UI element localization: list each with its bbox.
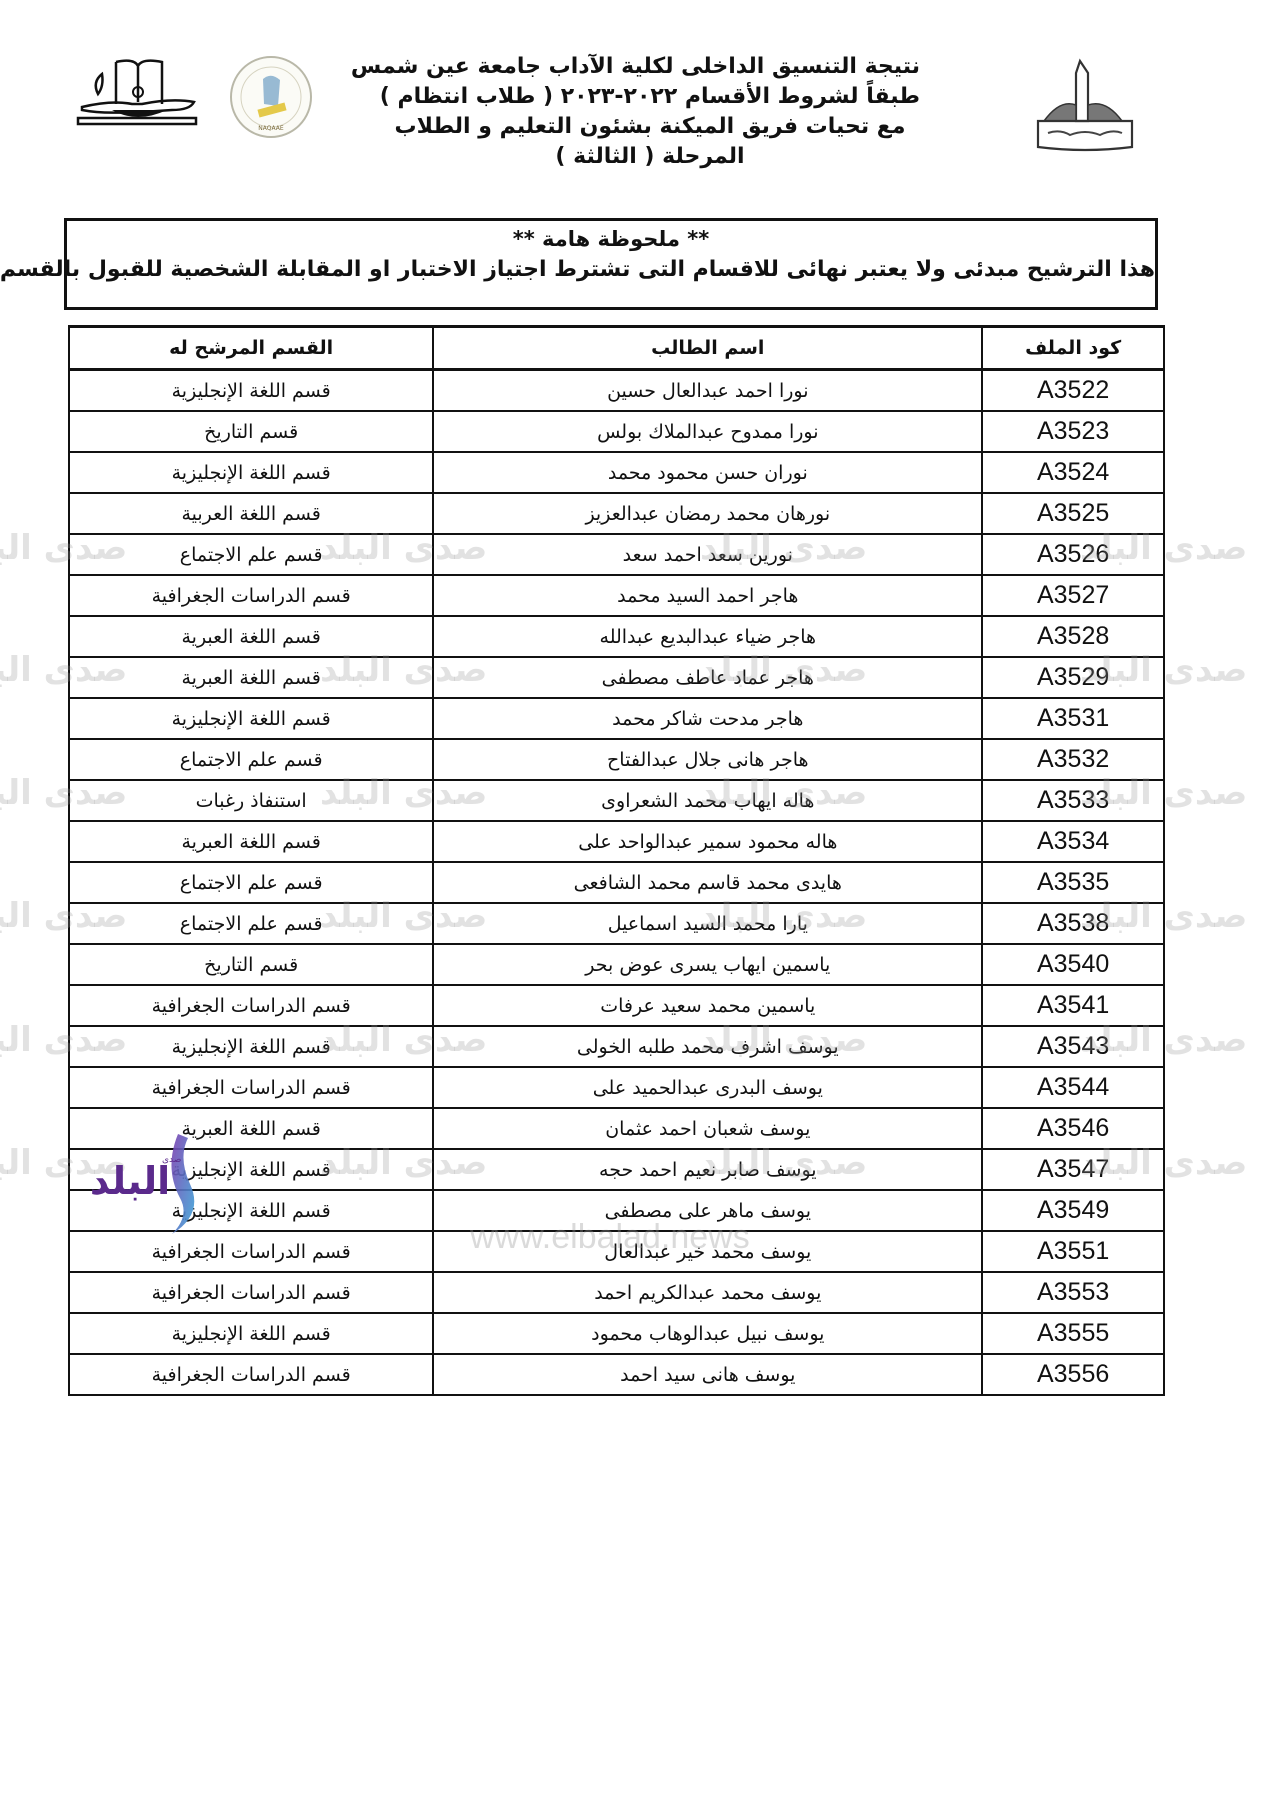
file-code-cell: A3528 (982, 616, 1164, 657)
file-code-cell: A3527 (982, 575, 1164, 616)
file-code-cell: A3525 (982, 493, 1164, 534)
file-code-cell: A3543 (982, 1026, 1164, 1067)
department-cell: قسم علم الاجتماع (69, 739, 433, 780)
brand-small-text: صدى (162, 1155, 181, 1165)
table-row: A3532هاجر هانى جلال عبدالفتاحقسم علم الا… (69, 739, 1164, 780)
results-table: كود الملف اسم الطالب القسم المرشح له A35… (68, 325, 1165, 1396)
file-code-cell: A3532 (982, 739, 1164, 780)
file-code-cell: A3523 (982, 411, 1164, 452)
department-cell: قسم علم الاجتماع (69, 903, 433, 944)
department-cell: قسم اللغة العبرية (69, 657, 433, 698)
document-title: نتيجة التنسيق الداخلى لكلية الآداب جامعة… (380, 52, 920, 172)
student-name-cell: يوسف البدرى عبدالحميد على (433, 1067, 982, 1108)
title-line-1: نتيجة التنسيق الداخلى لكلية الآداب جامعة… (380, 52, 920, 82)
department-cell: قسم اللغة الإنجليزية (69, 1313, 433, 1354)
student-name-cell: هاله ايهاب محمد الشعراوى (433, 780, 982, 821)
table-row: A3547يوسف صابر نعيم احمد حجهقسم اللغة ال… (69, 1149, 1164, 1190)
department-cell: قسم اللغة الإنجليزية (69, 370, 433, 412)
department-cell: قسم الدراسات الجغرافية (69, 1067, 433, 1108)
table-row: A3531هاجر مدحت شاكر محمدقسم اللغة الإنجل… (69, 698, 1164, 739)
department-cell: قسم علم الاجتماع (69, 534, 433, 575)
student-name-cell: ياسمين محمد سعيد عرفات (433, 985, 982, 1026)
table-row: A3528هاجر ضياء عبدالبديع عبداللهقسم اللغ… (69, 616, 1164, 657)
quality-unit-seal-logo: NAQAAE (228, 54, 314, 140)
student-name-cell: يوسف صابر نعيم احمد حجه (433, 1149, 982, 1190)
file-code-cell: A3526 (982, 534, 1164, 575)
column-header-student-name: اسم الطالب (433, 327, 982, 370)
department-cell: قسم التاريخ (69, 944, 433, 985)
file-code-cell: A3535 (982, 862, 1164, 903)
student-name-cell: يوسف محمد خير عبدالعال (433, 1231, 982, 1272)
table-row: A3544يوسف البدرى عبدالحميد علىقسم الدراس… (69, 1067, 1164, 1108)
student-name-cell: هاجر هانى جلال عبدالفتاح (433, 739, 982, 780)
file-code-cell: A3553 (982, 1272, 1164, 1313)
student-name-cell: نورا احمد عبدالعال حسين (433, 370, 982, 412)
student-name-cell: يارا محمد السيد اسماعيل (433, 903, 982, 944)
department-cell: قسم اللغة العبرية (69, 616, 433, 657)
student-name-cell: نورهان محمد رمضان عبدالعزيز (433, 493, 982, 534)
faculty-of-arts-logo (72, 52, 202, 132)
file-code-cell: A3541 (982, 985, 1164, 1026)
table-row: A3522نورا احمد عبدالعال حسينقسم اللغة ال… (69, 370, 1164, 412)
table-row: A3534هاله محمود سمير عبدالواحد علىقسم ال… (69, 821, 1164, 862)
table-row: A3524نوران حسن محمود محمدقسم اللغة الإنج… (69, 452, 1164, 493)
file-code-cell: A3531 (982, 698, 1164, 739)
department-cell: قسم الدراسات الجغرافية (69, 1272, 433, 1313)
student-name-cell: هاجر ضياء عبدالبديع عبدالله (433, 616, 982, 657)
file-code-cell: A3555 (982, 1313, 1164, 1354)
file-code-cell: A3533 (982, 780, 1164, 821)
student-name-cell: يوسف هانى سيد احمد (433, 1354, 982, 1395)
student-name-cell: هاجر مدحت شاكر محمد (433, 698, 982, 739)
student-name-cell: يوسف نبيل عبدالوهاب محمود (433, 1313, 982, 1354)
file-code-cell: A3544 (982, 1067, 1164, 1108)
student-name-cell: نورا ممدوح عبدالملاك بولس (433, 411, 982, 452)
department-cell: قسم اللغة العربية (69, 493, 433, 534)
file-code-cell: A3556 (982, 1354, 1164, 1395)
table-row: A3526نورين سعد احمد سعدقسم علم الاجتماع (69, 534, 1164, 575)
file-code-cell: A3540 (982, 944, 1164, 985)
table-row: A3546يوسف شعبان احمد عثمانقسم اللغة العب… (69, 1108, 1164, 1149)
table-row: A3527هاجر احمد السيد محمدقسم الدراسات ال… (69, 575, 1164, 616)
student-name-cell: يوسف اشرف محمد طلبه الخولى (433, 1026, 982, 1067)
table-row: A3556يوسف هانى سيد احمدقسم الدراسات الجغ… (69, 1354, 1164, 1395)
student-name-cell: يوسف ماهر على مصطفى (433, 1190, 982, 1231)
table-row: A3535هايدى محمد قاسم محمد الشافعىقسم علم… (69, 862, 1164, 903)
student-name-cell: هايدى محمد قاسم محمد الشافعى (433, 862, 982, 903)
student-name-cell: هاجر احمد السيد محمد (433, 575, 982, 616)
student-name-cell: نوران حسن محمود محمد (433, 452, 982, 493)
department-cell: قسم الدراسات الجغرافية (69, 575, 433, 616)
department-cell: قسم الدراسات الجغرافية (69, 1354, 433, 1395)
file-code-cell: A3549 (982, 1190, 1164, 1231)
document-header: NAQAAE نتيجة التنسيق الداخلى لكلية الآدا… (0, 0, 1272, 200)
file-code-cell: A3546 (982, 1108, 1164, 1149)
table-body: A3522نورا احمد عبدالعال حسينقسم اللغة ال… (69, 370, 1164, 1396)
file-code-cell: A3534 (982, 821, 1164, 862)
table-row: A3533هاله ايهاب محمد الشعراوىاستنفاذ رغب… (69, 780, 1164, 821)
department-cell: قسم اللغة الإنجليزية (69, 1026, 433, 1067)
file-code-cell: A3538 (982, 903, 1164, 944)
table-row: A3540ياسمين ايهاب يسرى عوض بحرقسم التاري… (69, 944, 1164, 985)
svg-text:NAQAAE: NAQAAE (258, 125, 284, 132)
elbalad-brand-logo: البلد صدى (80, 1128, 220, 1238)
important-notice-box: ** ملحوظة هامة ** هذا الترشيح مبدئى ولا … (64, 218, 1158, 310)
table-row: A3523نورا ممدوح عبدالملاك بولسقسم التاري… (69, 411, 1164, 452)
ain-shams-university-logo (1030, 55, 1140, 155)
department-cell: قسم اللغة الإنجليزية (69, 452, 433, 493)
department-cell: استنفاذ رغبات (69, 780, 433, 821)
department-cell: قسم علم الاجتماع (69, 862, 433, 903)
table-row: A3553يوسف محمد عبدالكريم احمدقسم الدراسا… (69, 1272, 1164, 1313)
department-cell: قسم اللغة العبرية (69, 821, 433, 862)
title-line-4-phase: المرحلة ( الثالثة ) (380, 142, 920, 172)
table-row: A3555يوسف نبيل عبدالوهاب محمودقسم اللغة … (69, 1313, 1164, 1354)
column-header-file-code: كود الملف (982, 327, 1164, 370)
student-name-cell: يوسف محمد عبدالكريم احمد (433, 1272, 982, 1313)
title-line-2: طبقاً لشروط الأقسام ٢٠٢٢-٢٠٢٣ ( طلاب انت… (380, 82, 920, 112)
table-row: A3538يارا محمد السيد اسماعيلقسم علم الاج… (69, 903, 1164, 944)
file-code-cell: A3529 (982, 657, 1164, 698)
table-row: A3525نورهان محمد رمضان عبدالعزيزقسم اللغ… (69, 493, 1164, 534)
department-cell: قسم التاريخ (69, 411, 433, 452)
file-code-cell: A3547 (982, 1149, 1164, 1190)
student-name-cell: هاله محمود سمير عبدالواحد على (433, 821, 982, 862)
column-header-department: القسم المرشح له (69, 327, 433, 370)
table-row: A3551يوسف محمد خير عبدالعالقسم الدراسات … (69, 1231, 1164, 1272)
table-row: A3529هاجر عماد عاطف مصطفىقسم اللغة العبر… (69, 657, 1164, 698)
table-row: A3541ياسمين محمد سعيد عرفاتقسم الدراسات … (69, 985, 1164, 1026)
department-cell: قسم الدراسات الجغرافية (69, 985, 433, 1026)
file-code-cell: A3551 (982, 1231, 1164, 1272)
student-name-cell: ياسمين ايهاب يسرى عوض بحر (433, 944, 982, 985)
file-code-cell: A3524 (982, 452, 1164, 493)
file-code-cell: A3522 (982, 370, 1164, 412)
brand-text: البلد (90, 1159, 170, 1203)
table-row: A3543يوسف اشرف محمد طلبه الخولىقسم اللغة… (69, 1026, 1164, 1067)
student-name-cell: نورين سعد احمد سعد (433, 534, 982, 575)
table-row: A3549يوسف ماهر على مصطفىقسم اللغة الإنجل… (69, 1190, 1164, 1231)
department-cell: قسم اللغة الإنجليزية (69, 698, 433, 739)
notice-body: هذا الترشيح مبدئى ولا يعتبر نهائى للاقسا… (67, 257, 1155, 282)
student-name-cell: هاجر عماد عاطف مصطفى (433, 657, 982, 698)
student-name-cell: يوسف شعبان احمد عثمان (433, 1108, 982, 1149)
notice-title: ** ملحوظة هامة ** (67, 227, 1155, 251)
title-line-3: مع تحيات فريق الميكنة بشئون التعليم و ال… (380, 112, 920, 142)
table-header-row: كود الملف اسم الطالب القسم المرشح له (69, 327, 1164, 370)
